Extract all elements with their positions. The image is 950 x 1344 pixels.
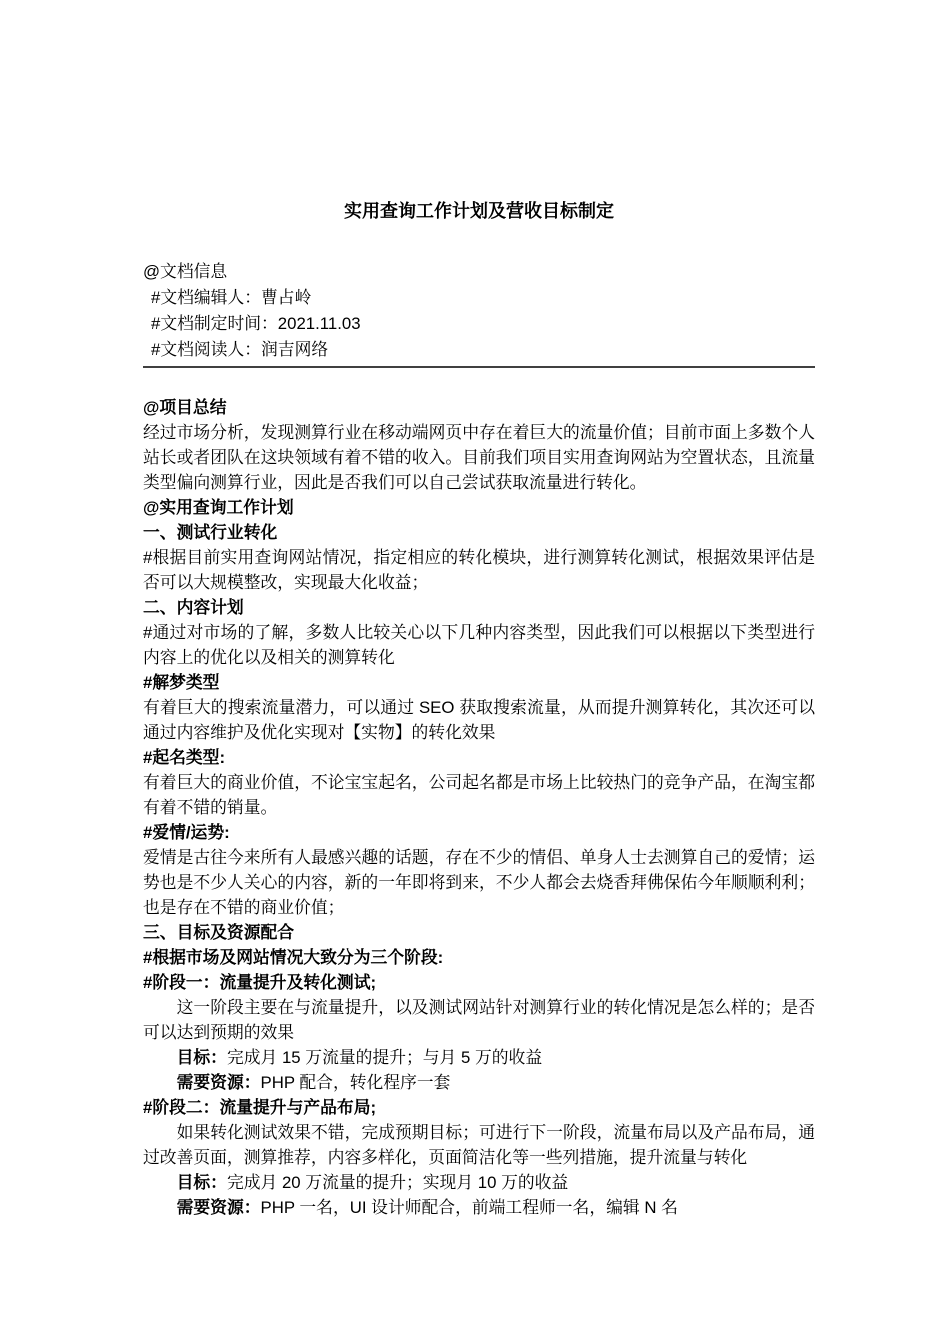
stage-2-resources-line: 需要资源：PHP 一名，UI 设计师配合，前端工程师一名，编辑 N 名 xyxy=(143,1195,815,1220)
doc-info-section: @文档信息 #文档编辑人：曹占岭 #文档制定时间：2021.11.03 #文档阅… xyxy=(143,259,815,368)
doc-info-divider xyxy=(143,366,815,368)
para-section-2: #通过对市场的了解，多数人比较关心以下几种内容类型，因此我们可以根据以下类型进行… xyxy=(143,620,815,670)
doc-info-date: #文档制定时间：2021.11.03 xyxy=(143,311,815,337)
para-stage-1: 这一阶段主要在与流量提升，以及测试网站针对测算行业的转化情况是怎么样的；是否可以… xyxy=(143,995,815,1045)
stage-1-resources-line: 需要资源：PHP 配合，转化程序一套 xyxy=(143,1070,815,1095)
heading-dream-type: #解梦类型 xyxy=(143,670,815,695)
heading-section-2: 二、内容计划 xyxy=(143,595,815,620)
stage-2-goal-label: 目标： xyxy=(177,1173,227,1192)
heading-stage-1: #阶段一：流量提升及转化测试; xyxy=(143,970,815,995)
heading-work-plan: @实用查询工作计划 xyxy=(143,495,815,520)
stage-1-goal-line: 目标：完成月 15 万流量的提升；与月 5 万的收益 xyxy=(143,1045,815,1070)
heading-project-summary: @项目总结 xyxy=(143,395,815,420)
heading-section-1: 一、测试行业转化 xyxy=(143,520,815,545)
doc-info-editor: #文档编辑人：曹占岭 xyxy=(143,285,815,311)
heading-love-fortune: #爱情/运势: xyxy=(143,820,815,845)
para-stages-intro: #根据市场及网站情况大致分为三个阶段: xyxy=(143,945,815,970)
stage-1-resources-text: PHP 配合，转化程序一套 xyxy=(261,1073,451,1092)
stage-1-goal-label: 目标： xyxy=(177,1048,227,1067)
para-section-1: #根据目前实用查询网站情况，指定相应的转化模块，进行测算转化测试，根据效果评估是… xyxy=(143,545,815,595)
doc-info-heading: @文档信息 xyxy=(143,259,815,285)
stage-2-goal-text: 完成月 20 万流量的提升；实现月 10 万的收益 xyxy=(227,1173,568,1192)
heading-section-3: 三、目标及资源配合 xyxy=(143,920,815,945)
doc-info-reader: #文档阅读人：润吉网络 xyxy=(143,337,815,363)
para-naming-type: 有着巨大的商业价值，不论宝宝起名，公司起名都是市场上比较热门的竞争产品，在淘宝都… xyxy=(143,770,815,820)
para-dream-type: 有着巨大的搜索流量潜力，可以通过 SEO 获取搜索流量，从而提升测算转化，其次还… xyxy=(143,695,815,745)
heading-naming-type: #起名类型: xyxy=(143,745,815,770)
stage-1-goal-text: 完成月 15 万流量的提升；与月 5 万的收益 xyxy=(227,1048,542,1067)
document-body: @项目总结 经过市场分析，发现测算行业在移动端网页中存在着巨大的流量价值；目前市… xyxy=(143,395,815,1220)
stage-1-resources-label: 需要资源： xyxy=(177,1073,261,1092)
heading-stage-2: #阶段二：流量提升与产品布局; xyxy=(143,1095,815,1120)
para-project-summary: 经过市场分析，发现测算行业在移动端网页中存在着巨大的流量价值；目前市面上多数个人… xyxy=(143,420,815,495)
document-content: 实用查询工作计划及营收目标制定 @文档信息 #文档编辑人：曹占岭 #文档制定时间… xyxy=(143,0,815,1220)
stage-2-resources-label: 需要资源： xyxy=(177,1198,261,1217)
document-page: 实用查询工作计划及营收目标制定 @文档信息 #文档编辑人：曹占岭 #文档制定时间… xyxy=(0,0,950,1344)
para-stage-2: 如果转化测试效果不错，完成预期目标；可进行下一阶段，流量布局以及产品布局，通过改… xyxy=(143,1120,815,1170)
document-title: 实用查询工作计划及营收目标制定 xyxy=(143,199,815,224)
para-love-fortune: 爱情是古往今来所有人最感兴趣的话题，存在不少的情侣、单身人士去测算自己的爱情；运… xyxy=(143,845,815,920)
stage-2-goal-line: 目标：完成月 20 万流量的提升；实现月 10 万的收益 xyxy=(143,1170,815,1195)
stage-2-resources-text: PHP 一名，UI 设计师配合，前端工程师一名，编辑 N 名 xyxy=(261,1198,678,1217)
